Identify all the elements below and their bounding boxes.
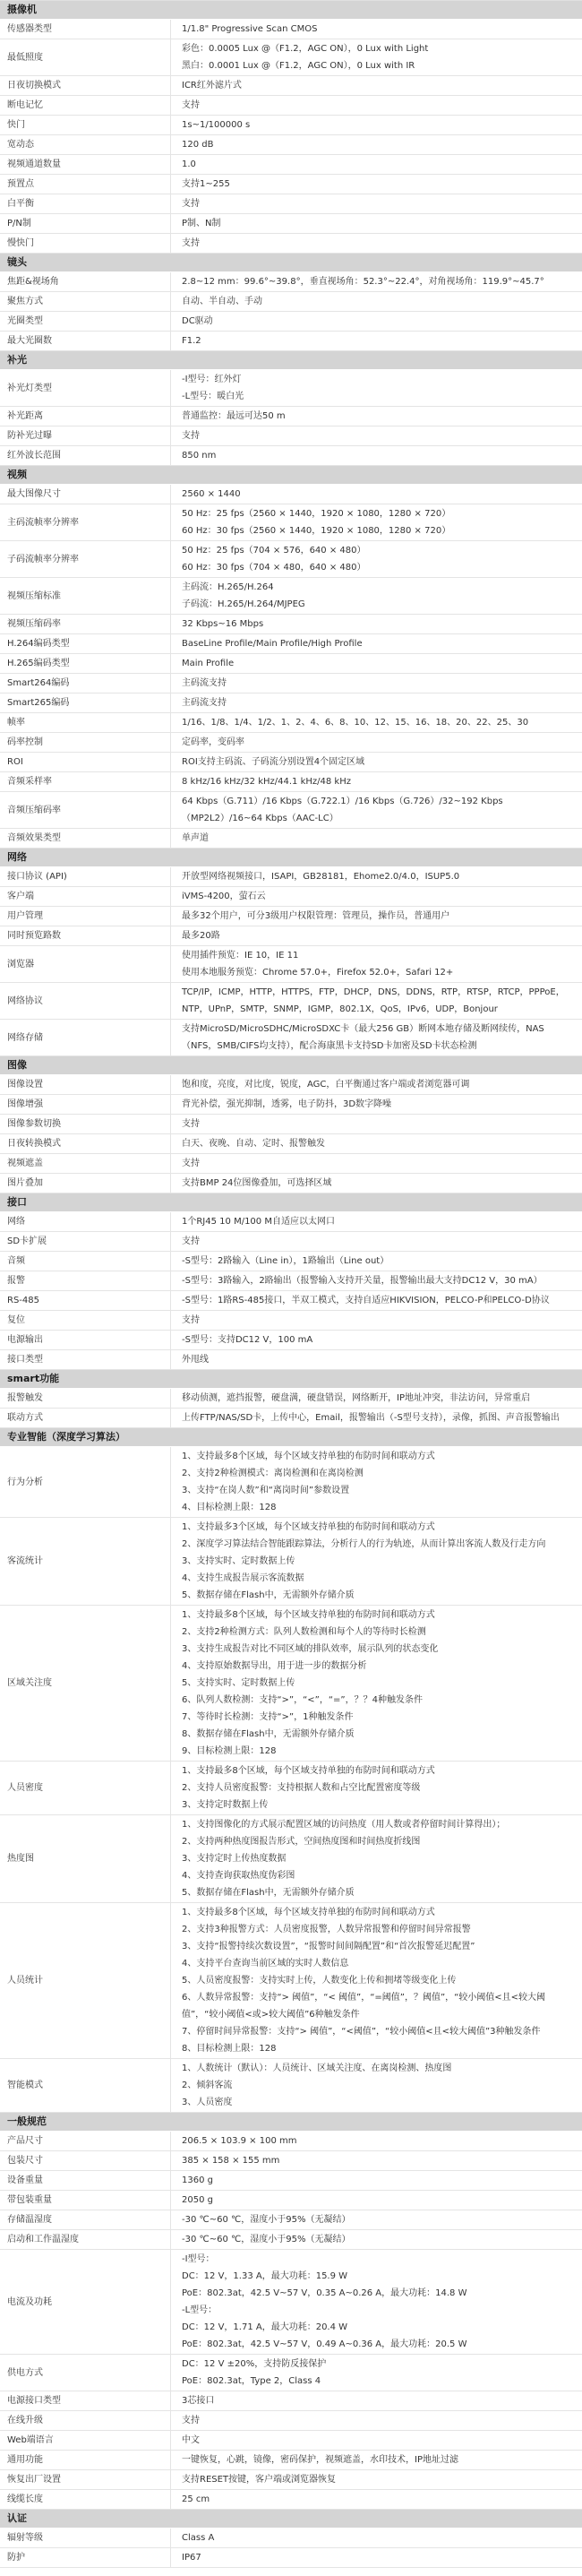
spec-value-line: 3、支持生成报告对比不同区域的排队效率，展示队列的状态变化 bbox=[182, 1641, 573, 1658]
spec-value: -I型号：DC：12 V，1.33 A，最大功耗：15.9 WPoE：802.3… bbox=[171, 2250, 582, 2354]
spec-value: 主码流：H.265/H.264子码流：H.265/H.264/MJPEG bbox=[171, 578, 582, 614]
spec-value: Class A bbox=[171, 2529, 582, 2547]
spec-row: 智能模式1、人数统计（默认）：人员统计、区域关注度、在离岗检测、热度图2、倾斜客… bbox=[0, 2059, 582, 2113]
spec-value-line: 64 Kbps（G.711）/16 Kbps（G.722.1）/16 Kbps（… bbox=[182, 793, 573, 827]
spec-value-line: 8、目标检测上限：128 bbox=[182, 2040, 573, 2057]
spec-row: H.265编码类型Main Profile bbox=[0, 654, 582, 674]
spec-label: H.265编码类型 bbox=[0, 654, 171, 673]
spec-value-line: 1s~1/100000 s bbox=[182, 116, 573, 134]
spec-value: 1360 g bbox=[171, 2171, 582, 2190]
spec-label: 网络存储 bbox=[0, 1020, 171, 1055]
spec-label: 同时预览路数 bbox=[0, 926, 171, 945]
spec-value-line: -30 ℃~60 ℃，湿度小于95%（无凝结） bbox=[182, 2211, 573, 2228]
spec-label: 辐射等级 bbox=[0, 2529, 171, 2547]
spec-value-line: Main Profile bbox=[182, 655, 573, 672]
spec-row: 存储温湿度-30 ℃~60 ℃，湿度小于95%（无凝结） bbox=[0, 2210, 582, 2230]
spec-label: 人员统计 bbox=[0, 1903, 171, 2058]
spec-label: 图像参数切换 bbox=[0, 1115, 171, 1133]
spec-row: 恢复出厂设置支持RESET按键，客户端或浏览器恢复 bbox=[0, 2470, 582, 2490]
spec-value: 白天、夜晚、自动、定时、报警触发 bbox=[171, 1134, 582, 1153]
spec-value-line: 6、人数异常报警：支持“> 阈值”，“< 阈值”，“=阈值”，？阈值”，“较小阈… bbox=[182, 1989, 573, 2023]
section-header: 接口 bbox=[0, 1193, 582, 1212]
spec-value-line: 385 × 158 × 155 mm bbox=[182, 2152, 573, 2169]
spec-value-line: 支持 bbox=[182, 97, 573, 114]
spec-value: P制、N制 bbox=[171, 214, 582, 233]
spec-label: 视频压缩标准 bbox=[0, 578, 171, 614]
spec-value: 支持 bbox=[171, 1115, 582, 1133]
spec-value: 背光补偿，强光抑制，透雾，电子防抖，3D数字降噪 bbox=[171, 1095, 582, 1114]
spec-value-line: -L型号： bbox=[182, 2302, 573, 2319]
spec-value-line: PoE：802.3at，Type 2，Class 4 bbox=[182, 2373, 573, 2390]
spec-value-line: 5、数据存储在Flash中，无需额外存储介质 bbox=[182, 1587, 573, 1604]
spec-value-line: DC：12 V ±20%，支持防反接保护 bbox=[182, 2356, 573, 2373]
spec-value-line: 黑白：0.0001 Lux @（F1.2，AGC ON），0 Lux with … bbox=[182, 57, 573, 74]
spec-label: 音频效果类型 bbox=[0, 829, 171, 848]
spec-value-line: 移动侦测，遮挡报警，硬盘满，硬盘错误，网络断开，IP地址冲突，非法访问，异常重启 bbox=[182, 1390, 573, 1407]
spec-label: Smart264编码 bbox=[0, 674, 171, 693]
spec-value-line: TCP/IP，ICMP，HTTP，HTTPS，FTP，DHCP，DNS，DDNS… bbox=[182, 984, 573, 1018]
spec-label: 光圈类型 bbox=[0, 312, 171, 331]
spec-value-line: 支持 bbox=[182, 427, 573, 444]
spec-value-line: 5、人员密度报警：支持实时上传，人数变化上传和拥堵等级变化上传 bbox=[182, 1972, 573, 1989]
spec-row: Smart265编码主码流支持 bbox=[0, 694, 582, 713]
spec-value-line: 3、支持“报警持续次数设置”，“报警时间间隔配置”和“首次报警延迟配置” bbox=[182, 1938, 573, 1955]
spec-value-line: 6、队列人数检测：支持“>”，“<”，“=”，？？4种触发条件 bbox=[182, 1692, 573, 1709]
spec-value: 1.0 bbox=[171, 155, 582, 174]
spec-value-line: 白天、夜晚、自动、定时、报警触发 bbox=[182, 1135, 573, 1152]
section-header: smart功能 bbox=[0, 1370, 582, 1389]
spec-value: -I型号：红外灯-L型号：暖白光 bbox=[171, 370, 582, 406]
spec-label: 红外波长范围 bbox=[0, 446, 171, 465]
spec-value-line: 支持 bbox=[182, 235, 573, 252]
spec-label: 线缆长度 bbox=[0, 2490, 171, 2509]
spec-value: 外甩线 bbox=[171, 1350, 582, 1369]
spec-value: IP67 bbox=[171, 2548, 582, 2567]
spec-value-line: 4、目标检测上限：128 bbox=[182, 1499, 573, 1516]
spec-row: 人员密度1、支持最多8个区域，每个区域支持单独的布防时间和联动方式2、支持人员密… bbox=[0, 1762, 582, 1815]
spec-value-line: 7、停留时间异常报警：支持“> 阈值”，“<阈值”，“较小阈值<且<较大阈值”3… bbox=[182, 2023, 573, 2040]
spec-label: P/N制 bbox=[0, 214, 171, 233]
spec-value: Main Profile bbox=[171, 654, 582, 673]
spec-row: 音频压缩码率64 Kbps（G.711）/16 Kbps（G.722.1）/16… bbox=[0, 792, 582, 829]
spec-row: 报警触发移动侦测，遮挡报警，硬盘满，硬盘错误，网络断开，IP地址冲突，非法访问，… bbox=[0, 1389, 582, 1409]
spec-table: 摄像机传感器类型1/1.8" Progressive Scan CMOS最低照度… bbox=[0, 0, 582, 2568]
section-header: 专业智能（深度学习算法） bbox=[0, 1428, 582, 1447]
spec-value: 支持 bbox=[171, 194, 582, 213]
spec-value-line: 50 Hz：25 fps（2560 × 1440，1920 × 1080，128… bbox=[182, 505, 573, 522]
spec-row: 线缆长度25 cm bbox=[0, 2490, 582, 2510]
spec-row: 网络存储支持MicroSD/MicroSDHC/MicroSDXC卡（最大256… bbox=[0, 1020, 582, 1056]
spec-row: 图像参数切换支持 bbox=[0, 1115, 582, 1134]
spec-value-line: -S型号：1路RS-485接口，半双工模式，支持自适应HIKVISION，PEL… bbox=[182, 1292, 573, 1309]
spec-value: 使用插件预览：IE 10，IE 11使用本地服务预览：Chrome 57.0+，… bbox=[171, 946, 582, 982]
spec-label: 用户管理 bbox=[0, 907, 171, 926]
spec-value: 385 × 158 × 155 mm bbox=[171, 2151, 582, 2170]
spec-value: 1、支持最多8个区域，每个区域支持单独的布防时间和联动方式2、支持2种检测模式：… bbox=[171, 1447, 582, 1517]
spec-label: 补光灯类型 bbox=[0, 370, 171, 406]
spec-value: 支持 bbox=[171, 1311, 582, 1330]
spec-value: 支持 bbox=[171, 1154, 582, 1173]
spec-label: 客流统计 bbox=[0, 1518, 171, 1605]
spec-value-line: P制、N制 bbox=[182, 215, 573, 232]
spec-label: 音频压缩码率 bbox=[0, 792, 171, 828]
spec-row: 预置点支持1~255 bbox=[0, 175, 582, 194]
section-header: 镜头 bbox=[0, 254, 582, 272]
spec-value: 1s~1/100000 s bbox=[171, 116, 582, 134]
spec-value-line: ICR红外滤片式 bbox=[182, 77, 573, 94]
spec-value-line: -S型号：2路输入（Line in），1路输出（Line out） bbox=[182, 1253, 573, 1270]
spec-value-line: 2、支持3种报警方式：人员密度报警，人数异常报警和停留时间异常报警 bbox=[182, 1921, 573, 1938]
spec-value: DC：12 V ±20%，支持防反接保护PoE：802.3at，Type 2，C… bbox=[171, 2355, 582, 2391]
spec-value: 1、支持最多8个区域，每个区域支持单独的布防时间和联动方式2、支持人员密度报警：… bbox=[171, 1762, 582, 1814]
spec-value-line: -I型号： bbox=[182, 2251, 573, 2268]
spec-label: Web端语言 bbox=[0, 2431, 171, 2450]
spec-label: 最大光圈数 bbox=[0, 332, 171, 350]
spec-value: 1、支持最多8个区域，每个区域支持单独的布防时间和联动方式2、支持2种检测方式：… bbox=[171, 1606, 582, 1761]
spec-value-line: 中文 bbox=[182, 2432, 573, 2449]
spec-value-line: 60 Hz：30 fps（2560 × 1440，1920 × 1080，128… bbox=[182, 522, 573, 539]
spec-row: 接口协议 (API)开放型网络视频接口，ISAPI，GB28181，Ehome2… bbox=[0, 867, 582, 887]
spec-label: 子码流帧率分辨率 bbox=[0, 541, 171, 577]
spec-value-line: 开放型网络视频接口，ISAPI，GB28181，Ehome2.0/4.0，ISU… bbox=[182, 868, 573, 885]
section-header: 图像 bbox=[0, 1056, 582, 1075]
spec-label: 区域关注度 bbox=[0, 1606, 171, 1761]
spec-value: 主码流支持 bbox=[171, 694, 582, 712]
spec-value: 中文 bbox=[171, 2431, 582, 2450]
spec-value-line: 主码流：H.265/H.264 bbox=[182, 579, 573, 596]
spec-label: 聚焦方式 bbox=[0, 292, 171, 311]
spec-value-line: DC驱动 bbox=[182, 313, 573, 330]
spec-row: 防护IP67 bbox=[0, 2548, 582, 2568]
spec-label: 恢复出厂设置 bbox=[0, 2470, 171, 2489]
spec-value: 最多32个用户，可分3级用户权限管理：管理员，操作员，普通用户 bbox=[171, 907, 582, 926]
spec-value-line: 支持MicroSD/MicroSDHC/MicroSDXC卡（最大256 GB）… bbox=[182, 1021, 573, 1055]
spec-label: 存储温湿度 bbox=[0, 2210, 171, 2229]
spec-value: 1个RJ45 10 M/100 M自适应以太网口 bbox=[171, 1212, 582, 1231]
spec-row: 电源接口类型3芯接口 bbox=[0, 2391, 582, 2411]
spec-row: 主码流帧率分辨率50 Hz：25 fps（2560 × 1440，1920 × … bbox=[0, 504, 582, 541]
spec-label: 网络协议 bbox=[0, 983, 171, 1019]
spec-value: 支持 bbox=[171, 96, 582, 115]
spec-row: 电流及功耗-I型号：DC：12 V，1.33 A，最大功耗：15.9 WPoE：… bbox=[0, 2250, 582, 2355]
spec-value-line: PoE：802.3at，42.5 V~57 V，0.35 A~0.26 A，最大… bbox=[182, 2285, 573, 2302]
spec-value: 一键恢复，心跳，镜像，密码保护，视频遮盖，水印技术，IP地址过滤 bbox=[171, 2451, 582, 2469]
spec-value-line: 2、支持2种检测模式：离岗检测和在离岗检测 bbox=[182, 1465, 573, 1482]
spec-label: 防护 bbox=[0, 2548, 171, 2567]
spec-value: 饱和度，亮度，对比度，锐度，AGC，白平衡通过客户端或者浏览器可调 bbox=[171, 1075, 582, 1094]
spec-value-line: IP67 bbox=[182, 2549, 573, 2566]
spec-value-line: -L型号：暖白光 bbox=[182, 388, 573, 405]
spec-label: 网络 bbox=[0, 1212, 171, 1231]
spec-value-line: BaseLine Profile/Main Profile/High Profi… bbox=[182, 635, 573, 652]
spec-row: P/N制P制、N制 bbox=[0, 214, 582, 234]
spec-value-line: 使用本地服务预览：Chrome 57.0+，Firefox 52.0+，Safa… bbox=[182, 964, 573, 981]
spec-row: 区域关注度1、支持最多8个区域，每个区域支持单独的布防时间和联动方式2、支持2种… bbox=[0, 1606, 582, 1762]
spec-value: -30 ℃~60 ℃，湿度小于95%（无凝结） bbox=[171, 2230, 582, 2249]
spec-value: 2050 g bbox=[171, 2191, 582, 2210]
spec-label: 联动方式 bbox=[0, 1409, 171, 1427]
section-header: 补光 bbox=[0, 351, 582, 370]
spec-value: 50 Hz：25 fps（2560 × 1440，1920 × 1080，128… bbox=[171, 504, 582, 540]
spec-value-line: -I型号：红外灯 bbox=[182, 371, 573, 388]
spec-row: 接口类型外甩线 bbox=[0, 1350, 582, 1370]
spec-label: 电源接口类型 bbox=[0, 2391, 171, 2410]
spec-row: 客流统计1、支持最多3个区域，每个区域支持单独的布防时间和联动方式2、深度学习算… bbox=[0, 1518, 582, 1606]
spec-value: 50 Hz：25 fps（704 × 576，640 × 480）60 Hz：3… bbox=[171, 541, 582, 577]
spec-value-line: 4、支持原始数据导出，用于进一步的数据分析 bbox=[182, 1658, 573, 1675]
spec-row: RS-485-S型号：1路RS-485接口，半双工模式，支持自适应HIKVISI… bbox=[0, 1291, 582, 1311]
spec-value: -30 ℃~60 ℃，湿度小于95%（无凝结） bbox=[171, 2210, 582, 2229]
spec-value: DC驱动 bbox=[171, 312, 582, 331]
spec-value: 彩色：0.0005 Lux @（F1.2，AGC ON），0 Lux with … bbox=[171, 39, 582, 75]
spec-value-line: 8、数据存储在Flash中，无需额外存储介质 bbox=[182, 1726, 573, 1743]
spec-value-line: 1360 g bbox=[182, 2172, 573, 2189]
spec-row: 最大图像尺寸2560 × 1440 bbox=[0, 485, 582, 504]
spec-label: SD卡扩展 bbox=[0, 1232, 171, 1251]
spec-label: 接口类型 bbox=[0, 1350, 171, 1369]
spec-row: 视频通道数量1.0 bbox=[0, 155, 582, 175]
spec-label: 带包装重量 bbox=[0, 2191, 171, 2210]
spec-row: 日夜转换模式白天、夜晚、自动、定时、报警触发 bbox=[0, 1134, 582, 1154]
spec-label: 设备重量 bbox=[0, 2171, 171, 2190]
spec-value-line: 支持1~255 bbox=[182, 176, 573, 193]
spec-value-line: 3、支持定时数据上传 bbox=[182, 1796, 573, 1814]
spec-value-line: 外甩线 bbox=[182, 1351, 573, 1368]
spec-value-line: 上传FTP/NAS/SD卡，上传中心，Email，报警输出（-S型号支持），录像… bbox=[182, 1409, 573, 1426]
spec-value: 支持BMP 24位图像叠加，可选择区域 bbox=[171, 1174, 582, 1193]
spec-row: 视频遮盖支持 bbox=[0, 1154, 582, 1174]
spec-value-line: 支持 bbox=[182, 1312, 573, 1329]
spec-row: 图像增强背光补偿，强光抑制，透雾，电子防抖，3D数字降噪 bbox=[0, 1095, 582, 1115]
spec-value: 最多20路 bbox=[171, 926, 582, 945]
spec-value-line: 25 cm bbox=[182, 2491, 573, 2508]
spec-value: TCP/IP，ICMP，HTTP，HTTPS，FTP，DHCP，DNS，DDNS… bbox=[171, 983, 582, 1019]
spec-label: 人员密度 bbox=[0, 1762, 171, 1814]
spec-value: -S型号：支持DC12 V，100 mA bbox=[171, 1331, 582, 1349]
spec-label: 电源输出 bbox=[0, 1331, 171, 1349]
spec-value: 支持 bbox=[171, 1232, 582, 1251]
spec-label: 视频遮盖 bbox=[0, 1154, 171, 1173]
spec-row: 报警-S型号：3路输入，2路输出（报警输入支持开关量，报警输出最大支持DC12 … bbox=[0, 1271, 582, 1291]
spec-label: 产品尺寸 bbox=[0, 2132, 171, 2150]
spec-value-line: 自动、半自动、手动 bbox=[182, 293, 573, 310]
spec-value: 850 nm bbox=[171, 446, 582, 465]
spec-label: 电流及功耗 bbox=[0, 2250, 171, 2354]
spec-value-line: 2050 g bbox=[182, 2192, 573, 2209]
spec-value-line: 3、支持“在岗人数”和“离岗时间”参数设置 bbox=[182, 1482, 573, 1499]
spec-row: 客户端iVMS-4200，萤石云 bbox=[0, 887, 582, 907]
spec-value-line: Class A bbox=[182, 2529, 573, 2546]
spec-row: 音频-S型号：2路输入（Line in），1路输出（Line out） bbox=[0, 1252, 582, 1271]
spec-value: 25 cm bbox=[171, 2490, 582, 2509]
spec-row: 子码流帧率分辨率50 Hz：25 fps（704 × 576，640 × 480… bbox=[0, 541, 582, 578]
spec-value: 8 kHz/16 kHz/32 kHz/44.1 kHz/48 kHz bbox=[171, 772, 582, 791]
spec-row: 行为分析1、支持最多8个区域，每个区域支持单独的布防时间和联动方式2、支持2种检… bbox=[0, 1447, 582, 1518]
spec-label: 宽动态 bbox=[0, 135, 171, 154]
spec-row: 防补光过曝支持 bbox=[0, 426, 582, 446]
spec-value-line: 120 dB bbox=[182, 136, 573, 153]
spec-row: 图片叠加支持BMP 24位图像叠加，可选择区域 bbox=[0, 1174, 582, 1193]
spec-row: ROIROI支持主码流、子码流分别设置4个固定区域 bbox=[0, 753, 582, 772]
spec-label: 浏览器 bbox=[0, 946, 171, 982]
section-header: 一般规范 bbox=[0, 2113, 582, 2132]
spec-label: 音频 bbox=[0, 1252, 171, 1271]
spec-label: 慢快门 bbox=[0, 234, 171, 253]
spec-label: 码率控制 bbox=[0, 733, 171, 752]
spec-label: 音频采样率 bbox=[0, 772, 171, 791]
spec-value-line: iVMS-4200，萤石云 bbox=[182, 888, 573, 905]
spec-row: 设备重量1360 g bbox=[0, 2171, 582, 2191]
spec-label: 包装尺寸 bbox=[0, 2151, 171, 2170]
spec-row: 电源输出-S型号：支持DC12 V，100 mA bbox=[0, 1331, 582, 1350]
spec-label: 启动和工作温湿度 bbox=[0, 2230, 171, 2249]
spec-row: 帧率1/16、1/8、1/4、1/2、1、2、4、6、8、10、12、15、16… bbox=[0, 713, 582, 733]
spec-label: 图像增强 bbox=[0, 1095, 171, 1114]
spec-label: 防补光过曝 bbox=[0, 426, 171, 445]
spec-row: 音频采样率8 kHz/16 kHz/32 kHz/44.1 kHz/48 kHz bbox=[0, 772, 582, 792]
spec-row: 焦距&视场角2.8~12 mm：99.6°~39.8°，垂直视场角：52.3°~… bbox=[0, 272, 582, 292]
spec-label: 图片叠加 bbox=[0, 1174, 171, 1193]
spec-value-line: 60 Hz：30 fps（704 × 480，640 × 480） bbox=[182, 559, 573, 576]
spec-value-line: 子码流：H.265/H.264/MJPEG bbox=[182, 596, 573, 613]
spec-label: 图像设置 bbox=[0, 1075, 171, 1094]
spec-value-line: 3、人员密度 bbox=[182, 2094, 573, 2111]
spec-value-line: 使用插件预览：IE 10，IE 11 bbox=[182, 947, 573, 964]
spec-label: 传感器类型 bbox=[0, 20, 171, 39]
spec-value-line: 单声道 bbox=[182, 830, 573, 847]
spec-value: 移动侦测，遮挡报警，硬盘满，硬盘错误，网络断开，IP地址冲突，非法访问，异常重启 bbox=[171, 1389, 582, 1408]
spec-row: 补光灯类型-I型号：红外灯-L型号：暖白光 bbox=[0, 370, 582, 407]
spec-row: 网络1个RJ45 10 M/100 M自适应以太网口 bbox=[0, 1212, 582, 1232]
spec-value-line: F1.2 bbox=[182, 332, 573, 349]
spec-value-line: 2、支持两种热度图报告形式，空间热度图和时间热度折线图 bbox=[182, 1833, 573, 1850]
spec-row: 网络协议TCP/IP，ICMP，HTTP，HTTPS，FTP，DHCP，DNS，… bbox=[0, 983, 582, 1020]
spec-value: ROI支持主码流、子码流分别设置4个固定区域 bbox=[171, 753, 582, 771]
spec-value-line: 1.0 bbox=[182, 156, 573, 173]
section-header: 摄像机 bbox=[0, 1, 582, 20]
spec-row: 产品尺寸206.5 × 103.9 × 100 mm bbox=[0, 2132, 582, 2151]
spec-value-line: DC：12 V，1.71 A，最大功耗：20.4 W bbox=[182, 2319, 573, 2336]
spec-value-line: 2、倾斜客流 bbox=[182, 2077, 573, 2094]
spec-value: 支持MicroSD/MicroSDHC/MicroSDXC卡（最大256 GB）… bbox=[171, 1020, 582, 1055]
spec-value: 32 Kbps~16 Mbps bbox=[171, 615, 582, 633]
spec-row: 通用功能一键恢复，心跳，镜像，密码保护，视频遮盖，水印技术，IP地址过滤 bbox=[0, 2451, 582, 2470]
spec-value-line: 最多32个用户，可分3级用户权限管理：管理员，操作员，普通用户 bbox=[182, 908, 573, 925]
spec-value-line: 3、支持实时、定时数据上传 bbox=[182, 1553, 573, 1570]
spec-row: 光圈类型DC驱动 bbox=[0, 312, 582, 332]
spec-value-line: 1、支持最多8个区域，每个区域支持单独的布防时间和联动方式 bbox=[182, 1448, 573, 1465]
spec-row: 最大光圈数F1.2 bbox=[0, 332, 582, 351]
spec-label: 快门 bbox=[0, 116, 171, 134]
spec-value-line: 3、支持定时上传热度数据 bbox=[182, 1850, 573, 1867]
spec-label: 供电方式 bbox=[0, 2355, 171, 2391]
spec-label: ROI bbox=[0, 753, 171, 771]
spec-value: 206.5 × 103.9 × 100 mm bbox=[171, 2132, 582, 2150]
spec-row: 白平衡支持 bbox=[0, 194, 582, 214]
spec-value-line: 最多20路 bbox=[182, 927, 573, 944]
spec-value: 64 Kbps（G.711）/16 Kbps（G.722.1）/16 Kbps（… bbox=[171, 792, 582, 828]
spec-row: Smart264编码主码流支持 bbox=[0, 674, 582, 694]
spec-value: iVMS-4200，萤石云 bbox=[171, 887, 582, 906]
spec-value-line: 4、支持生成报告展示客流数据 bbox=[182, 1570, 573, 1587]
spec-label: 接口协议 (API) bbox=[0, 867, 171, 886]
spec-row: 补光距离普通监控：最远可达50 m bbox=[0, 407, 582, 426]
spec-value-line: 1个RJ45 10 M/100 M自适应以太网口 bbox=[182, 1213, 573, 1230]
spec-row: 最低照度彩色：0.0005 Lux @（F1.2，AGC ON），0 Lux w… bbox=[0, 39, 582, 76]
spec-value-line: 1、支持图像化的方式展示配置区域的访问热度（用人数或者停留时间计算得出）； bbox=[182, 1816, 573, 1833]
spec-label: 行为分析 bbox=[0, 1447, 171, 1517]
spec-label: 在线升级 bbox=[0, 2411, 171, 2430]
spec-value-line: 定码率，变码率 bbox=[182, 734, 573, 751]
spec-row: 人员统计1、支持最多8个区域，每个区域支持单独的布防时间和联动方式2、支持3种报… bbox=[0, 1903, 582, 2059]
spec-value-line: 50 Hz：25 fps（704 × 576，640 × 480） bbox=[182, 542, 573, 559]
spec-row: 辐射等级Class A bbox=[0, 2529, 582, 2548]
spec-label: 补光距离 bbox=[0, 407, 171, 426]
spec-row: 码率控制定码率，变码率 bbox=[0, 733, 582, 753]
spec-label: 日夜转换模式 bbox=[0, 1134, 171, 1153]
spec-value-line: 支持 bbox=[182, 1233, 573, 1250]
spec-value-line: 支持 bbox=[182, 2412, 573, 2429]
spec-row: 复位支持 bbox=[0, 1311, 582, 1331]
spec-value-line: 支持 bbox=[182, 1155, 573, 1172]
spec-value-line: 1、人数统计（默认）：人员统计、区域关注度、在离岗检测、热度图 bbox=[182, 2060, 573, 2077]
spec-value-line: 1、支持最多8个区域，每个区域支持单独的布防时间和联动方式 bbox=[182, 1762, 573, 1779]
spec-label: 帧率 bbox=[0, 713, 171, 732]
spec-value-line: 1、支持最多8个区域，每个区域支持单独的布防时间和联动方式 bbox=[182, 1607, 573, 1624]
spec-value-line: 一键恢复，心跳，镜像，密码保护，视频遮盖，水印技术，IP地址过滤 bbox=[182, 2451, 573, 2468]
spec-value-line: 1、支持最多3个区域，每个区域支持单独的布防时间和联动方式 bbox=[182, 1519, 573, 1536]
spec-value: BaseLine Profile/Main Profile/High Profi… bbox=[171, 634, 582, 653]
spec-row: Web端语言中文 bbox=[0, 2431, 582, 2451]
spec-row: 快门1s~1/100000 s bbox=[0, 116, 582, 135]
spec-value-line: 支持BMP 24位图像叠加，可选择区域 bbox=[182, 1175, 573, 1192]
spec-label: 最低照度 bbox=[0, 39, 171, 75]
spec-value-line: 3芯接口 bbox=[182, 2392, 573, 2409]
spec-value: 支持 bbox=[171, 2411, 582, 2430]
spec-value-line: 4、支持查询获取热度伪彩图 bbox=[182, 1867, 573, 1884]
spec-value-line: 8 kHz/16 kHz/32 kHz/44.1 kHz/48 kHz bbox=[182, 773, 573, 790]
spec-row: 带包装重量2050 g bbox=[0, 2191, 582, 2210]
spec-value-line: 2560 × 1440 bbox=[182, 486, 573, 503]
spec-value-line: 1/16、1/8、1/4、1/2、1、2、4、6、8、10、12、15、16、1… bbox=[182, 714, 573, 731]
spec-value-line: 850 nm bbox=[182, 447, 573, 464]
section-header: 认证 bbox=[0, 2510, 582, 2529]
spec-row: 同时预览路数最多20路 bbox=[0, 926, 582, 946]
spec-label: 报警触发 bbox=[0, 1389, 171, 1408]
spec-label: 预置点 bbox=[0, 175, 171, 194]
spec-label: 断电记忆 bbox=[0, 96, 171, 115]
spec-value: 主码流支持 bbox=[171, 674, 582, 693]
spec-label: 视频通道数量 bbox=[0, 155, 171, 174]
spec-label: RS-485 bbox=[0, 1291, 171, 1310]
spec-value-line: ROI支持主码流、子码流分别设置4个固定区域 bbox=[182, 754, 573, 771]
spec-value-line: DC：12 V，1.33 A，最大功耗：15.9 W bbox=[182, 2268, 573, 2285]
spec-value: -S型号：1路RS-485接口，半双工模式，支持自适应HIKVISION，PEL… bbox=[171, 1291, 582, 1310]
spec-value-line: 2.8~12 mm：99.6°~39.8°，垂直视场角：52.3°~22.4°，… bbox=[182, 273, 573, 290]
spec-value: 支持 bbox=[171, 234, 582, 253]
spec-value: 定码率，变码率 bbox=[171, 733, 582, 752]
spec-label: 客户端 bbox=[0, 887, 171, 906]
spec-value-line: 彩色：0.0005 Lux @（F1.2，AGC ON），0 Lux with … bbox=[182, 40, 573, 57]
spec-row: 浏览器使用插件预览：IE 10，IE 11使用本地服务预览：Chrome 57.… bbox=[0, 946, 582, 983]
spec-label: H.264编码类型 bbox=[0, 634, 171, 653]
spec-value-line: 7、等待时长检测：支持“>”，1种触发条件 bbox=[182, 1709, 573, 1726]
spec-value-line: 2、支持人员密度报警：支持根据人数和占空比配置密度等级 bbox=[182, 1779, 573, 1796]
spec-row: 供电方式DC：12 V ±20%，支持防反接保护PoE：802.3at，Type… bbox=[0, 2355, 582, 2391]
spec-value: F1.2 bbox=[171, 332, 582, 350]
spec-row: 启动和工作温湿度-30 ℃~60 ℃，湿度小于95%（无凝结） bbox=[0, 2230, 582, 2250]
spec-value-line: -30 ℃~60 ℃，湿度小于95%（无凝结） bbox=[182, 2231, 573, 2248]
